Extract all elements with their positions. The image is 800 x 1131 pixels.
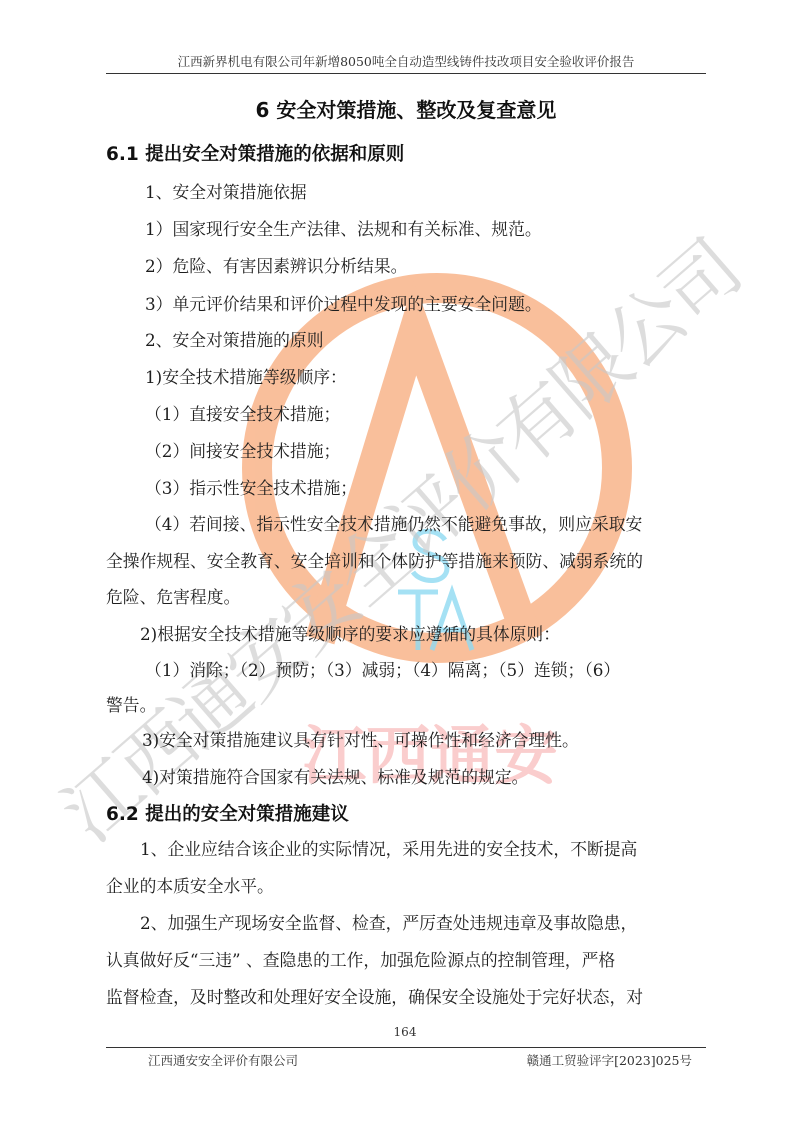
paragraph-line: （3）指示性安全技术措施； — [145, 477, 357, 499]
paragraph-line: 1、企业应结合该企业的实际情况，采用先进的安全技术，不断提高 — [140, 838, 637, 860]
paragraph-line: 3)安全对策措施建议具有针对性、可操作性和经济合理性。 — [142, 729, 579, 751]
footer-divider — [106, 1047, 706, 1048]
paragraph-line: 1)安全技术措施等级顺序： — [145, 366, 347, 388]
paragraph-line: 企业的本质安全水平。 — [106, 875, 274, 897]
paragraph-line: 2)根据安全技术措施等级顺序的要求应遵循的具体原则： — [140, 623, 560, 645]
footer-document-number: 赣通工贸验评字[2023]025号 — [527, 1051, 692, 1069]
paragraph-line: 2）危险、有害因素辨识分析结果。 — [145, 255, 407, 277]
paragraph-line: 2、安全对策措施的原则 — [145, 329, 324, 351]
paragraph-line: 危险、危害程度。 — [106, 586, 240, 608]
paragraph-line: （4）若间接、指示性安全技术措施仍然不能避免事故，则应采取安 — [145, 513, 642, 535]
document-page: 江西通安 江西通安安全评价有限公司 江西新界机电有限公司年新增8050吨全自动造… — [0, 0, 800, 1131]
paragraph-line: 1、安全对策措施依据 — [145, 181, 307, 203]
footer-company: 江西通安安全评价有限公司 — [148, 1051, 298, 1069]
running-header: 江西新界机电有限公司年新增8050吨全自动造型线铸件技改项目安全验收评价报告 — [106, 52, 706, 72]
header-divider — [106, 73, 706, 74]
paragraph-line: 1）国家现行安全生产法律、法规和有关标准、规范。 — [145, 218, 542, 240]
section-title-6-1: 6.1 提出安全对策措施的依据和原则 — [106, 140, 404, 166]
paragraph-line: 全操作规程、安全教育、安全培训和个体防护等措施来预防、减弱系统的 — [106, 550, 643, 572]
paragraph-line: 4)对策措施符合国家有关法规、标准及规范的规定。 — [142, 766, 528, 788]
paragraph-line: 3）单元评价结果和评价过程中发现的主要安全问题。 — [145, 293, 542, 315]
paragraph-line: （1）消除；（2）预防；（3）减弱；（4）隔离；（5）连锁；（6） — [145, 659, 620, 681]
paragraph-line: 警告。 — [106, 694, 156, 716]
paragraph-line: 认真做好反“三违” 、查隐患的工作，加强危险源点的控制管理，严格 — [106, 949, 615, 971]
section-title-6-2: 6.2 提出的安全对策措施建议 — [106, 800, 349, 826]
chapter-title: 6 安全对策措施、整改及复查意见 — [106, 94, 706, 123]
paragraph-line: （1）直接安全技术措施； — [145, 403, 340, 425]
page-number: 164 — [380, 1025, 430, 1039]
paragraph-line: 2、加强生产现场安全监督、检查，严厉查处违规违章及事故隐患， — [140, 912, 637, 934]
paragraph-line: 监督检查，及时整改和处理好安全设施，确保安全设施处于完好状态，对 — [106, 986, 643, 1008]
watermark-diagonal-text: 江西通安安全评价有限公司 — [45, 225, 755, 859]
paragraph-line: （2）间接安全技术措施； — [145, 440, 340, 462]
